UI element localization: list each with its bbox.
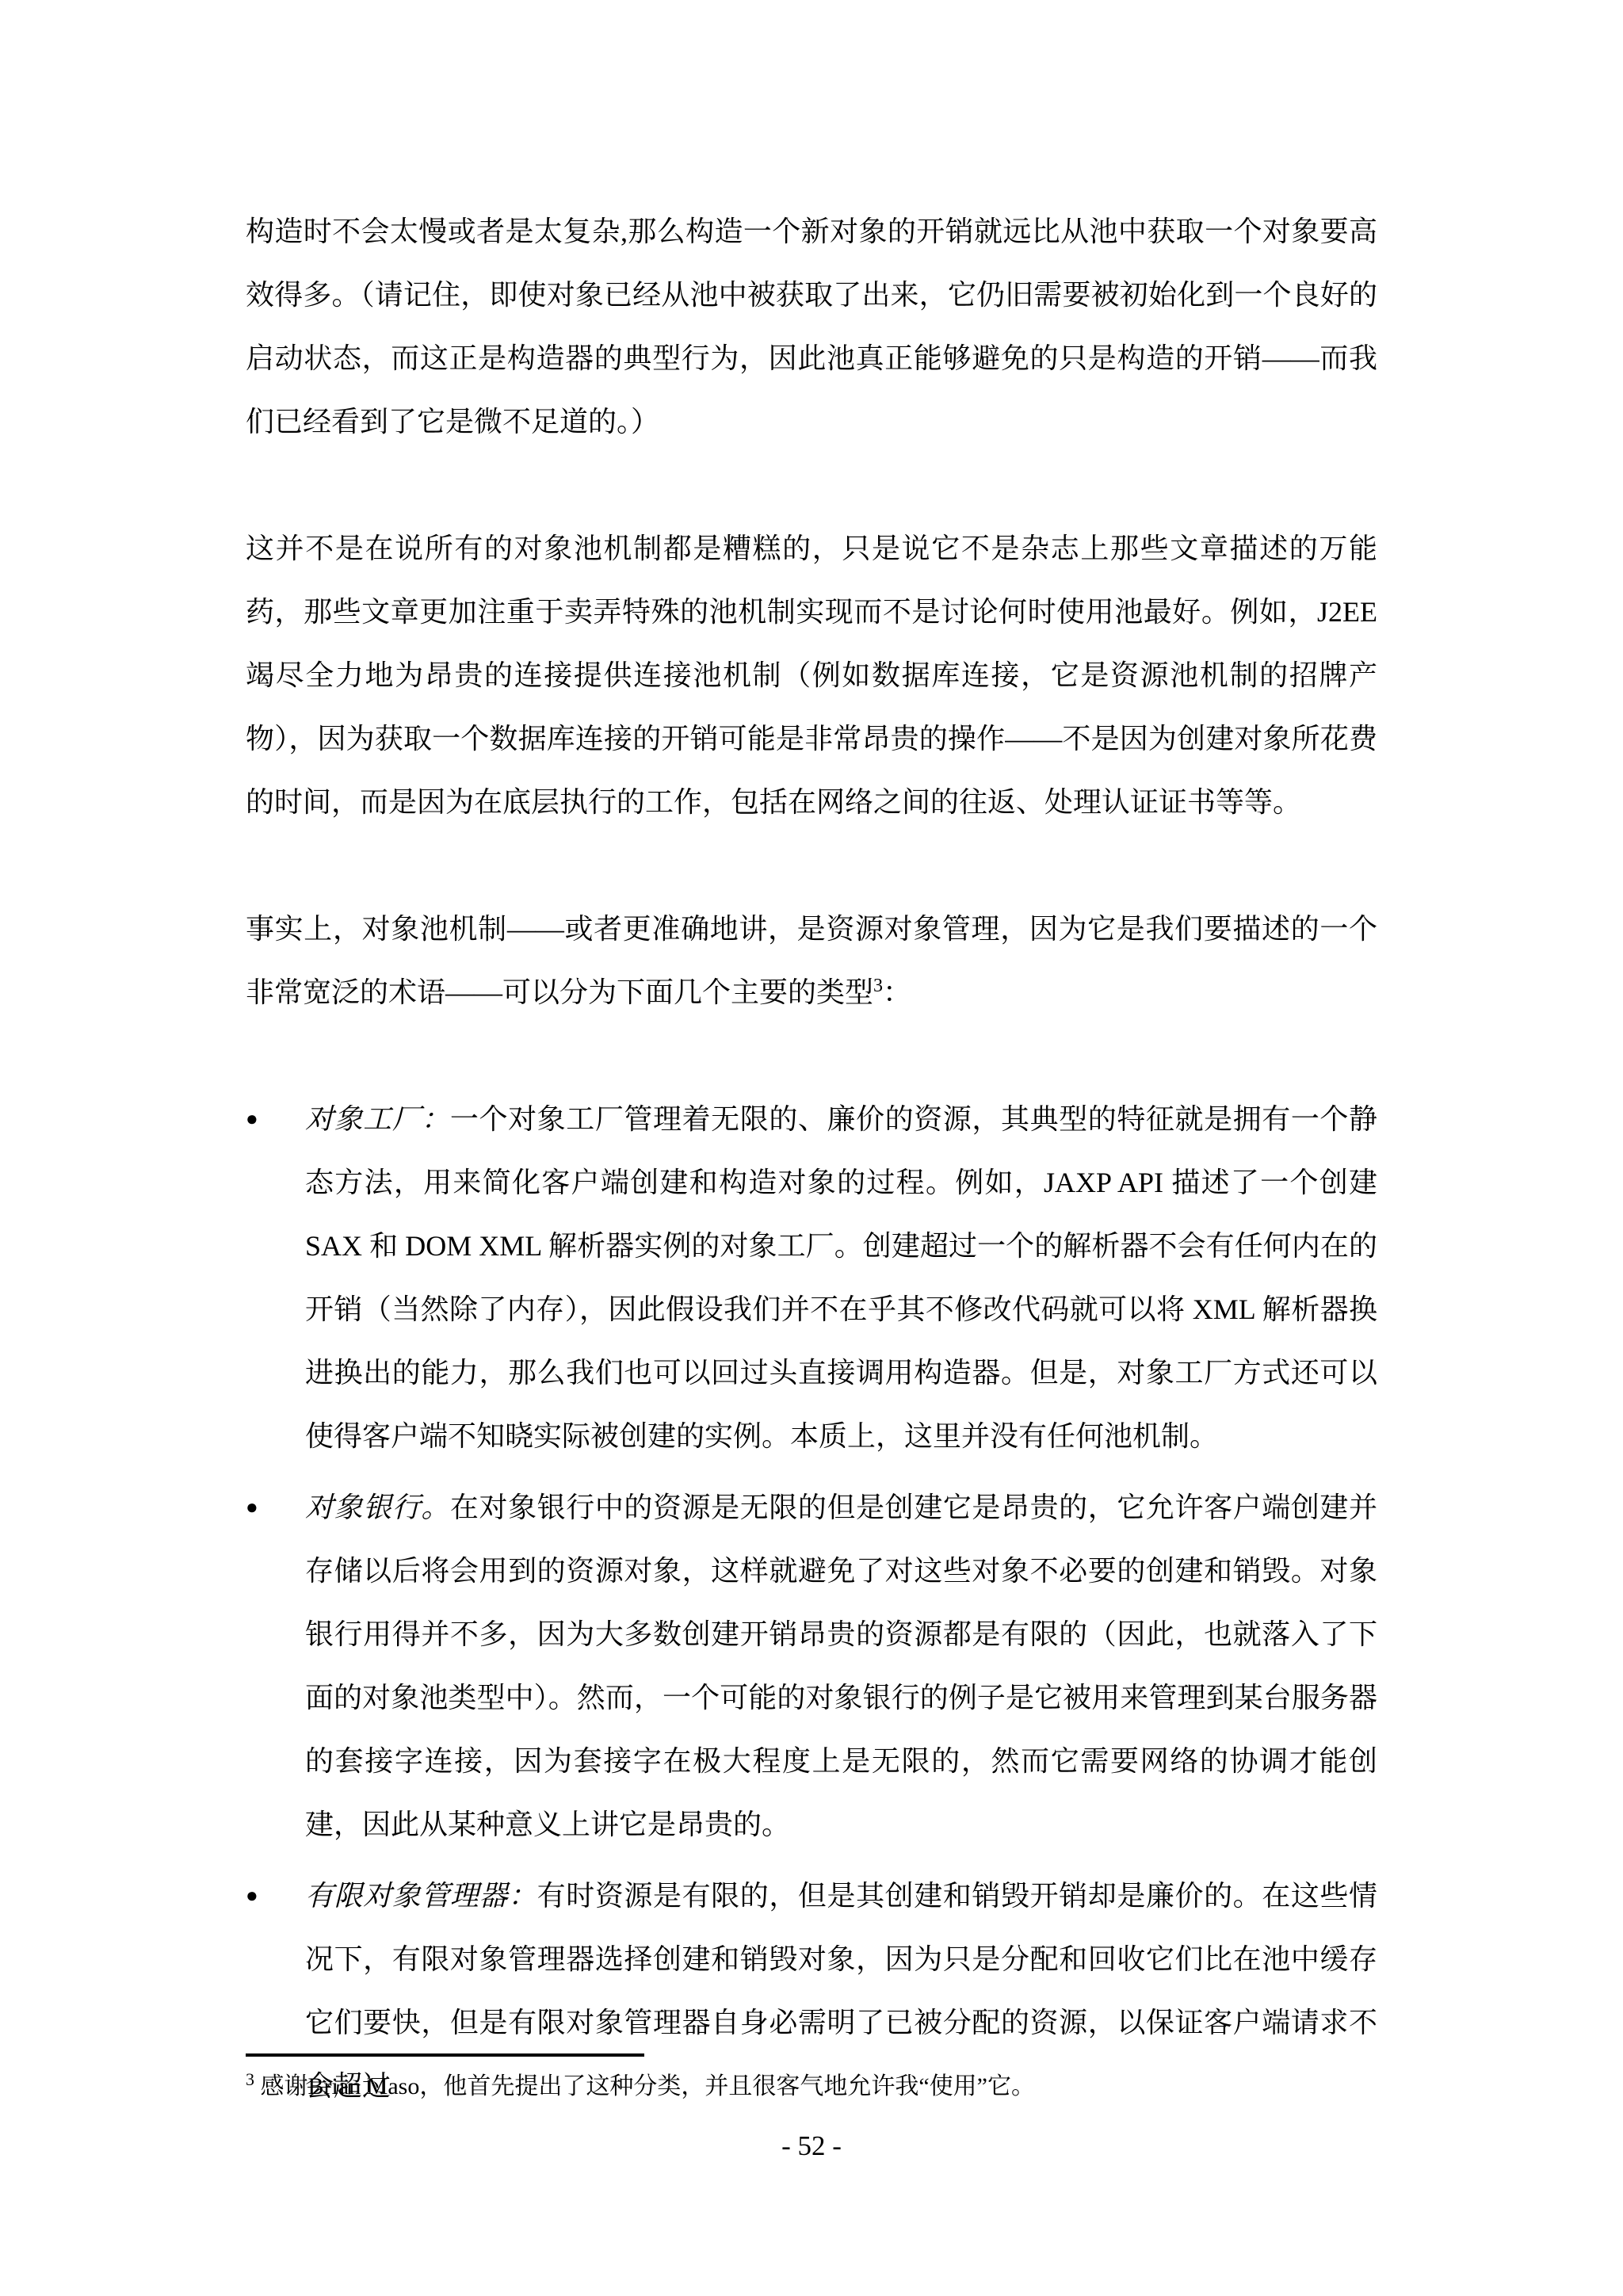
- list-item-text: 一个对象工厂管理着无限的、廉价的资源，其典型的特征就是拥有一个静态方法，用来简化…: [305, 1103, 1377, 1452]
- term-label: 有限对象管理器：: [305, 1880, 537, 1912]
- footnote: 3 感谢Brian Maso，他首先提出了这种分类，并且很客气地允许我“使用”它…: [246, 2069, 1377, 2105]
- term-label: 对象银行。: [305, 1492, 450, 1523]
- paragraph-1: 构造时不会太慢或者是太复杂,那么构造一个新对象的开销就远比从池中获取一个对象要高…: [246, 200, 1377, 453]
- paragraph-3-text: 事实上，对象池机制——或者更准确地讲，是资源对象管理，因为它是我们要描述的一个非…: [246, 913, 1377, 1008]
- footnote-reference-3: 3: [873, 976, 883, 996]
- paragraph-2: 这并不是在说所有的对象池机制都是糟糕的，只是说它不是杂志上那些文章描述的万能药，…: [246, 517, 1377, 834]
- footnote-marker: 3: [246, 2069, 254, 2089]
- paragraph-3: 事实上，对象池机制——或者更准确地讲，是资源对象管理，因为它是我们要描述的一个非…: [246, 897, 1377, 1024]
- page-number: - 52 -: [0, 2130, 1623, 2162]
- page-body: 构造时不会太慢或者是太复杂,那么构造一个新对象的开销就远比从池中获取一个对象要高…: [246, 200, 1377, 2126]
- footnote-separator: [246, 2053, 644, 2057]
- paragraph-3-colon: ：: [883, 976, 911, 1008]
- list-item-object-bank: ● 对象银行。在对象银行中的资源是无限的但是创建它是昂贵的，它允许客户端创建并存…: [246, 1476, 1377, 1856]
- list-item-text: 在对象银行中的资源是无限的但是创建它是昂贵的，它允许客户端创建并存储以后将会用到…: [305, 1492, 1377, 1840]
- document-page: 构造时不会太慢或者是太复杂,那么构造一个新对象的开销就远比从池中获取一个对象要高…: [0, 0, 1623, 2296]
- list-item-object-factory: ● 对象工厂：一个对象工厂管理着无限的、廉价的资源，其典型的特征就是拥有一个静态…: [246, 1087, 1377, 1468]
- list-item-body: 对象银行。在对象银行中的资源是无限的但是创建它是昂贵的，它允许客户端创建并存储以…: [305, 1476, 1377, 1856]
- bullet-icon: ●: [246, 1087, 305, 1468]
- pool-type-list: ● 对象工厂：一个对象工厂管理着无限的、廉价的资源，其典型的特征就是拥有一个静态…: [246, 1087, 1377, 2118]
- list-item-body: 对象工厂：一个对象工厂管理着无限的、廉价的资源，其典型的特征就是拥有一个静态方法…: [305, 1087, 1377, 1468]
- term-label: 对象工厂：: [305, 1103, 450, 1135]
- bullet-icon: ●: [246, 1476, 305, 1856]
- footnote-text: 感谢Brian Maso，他首先提出了这种分类，并且很客气地允许我“使用”它。: [261, 2073, 1035, 2099]
